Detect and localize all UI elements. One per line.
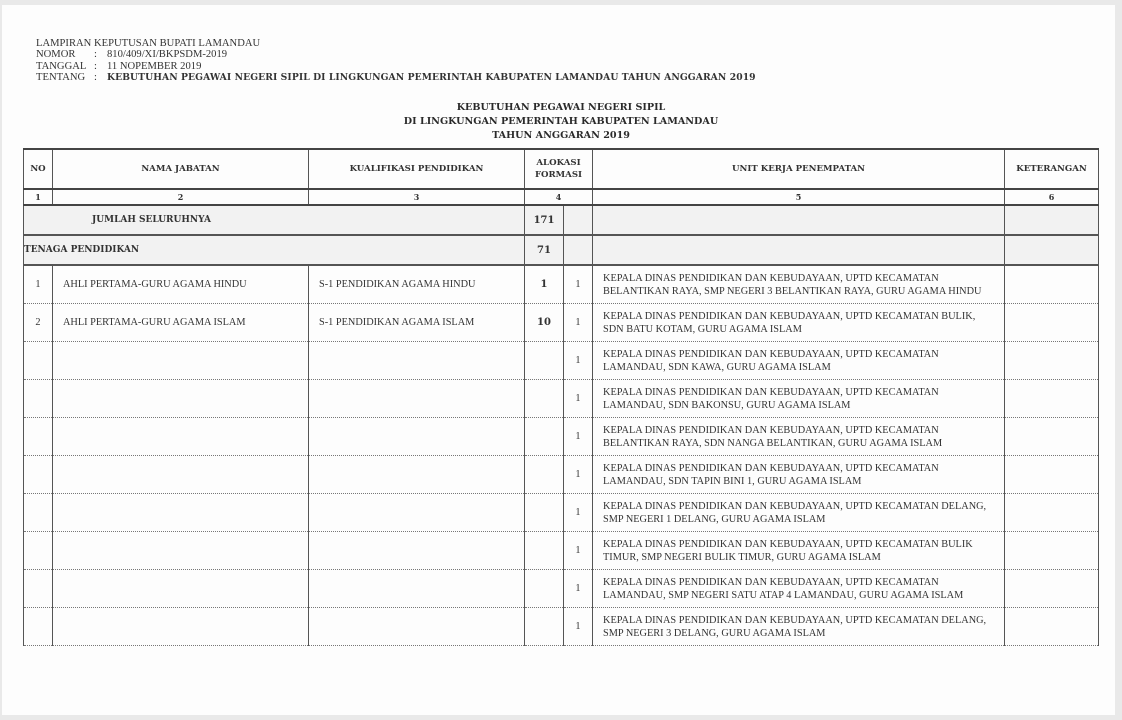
meta-nomor: NOMOR : 810/409/XI/BKPSDM-2019	[36, 49, 756, 60]
row-jabatan	[53, 608, 309, 646]
row-kualifikasi	[309, 456, 525, 494]
header-keterangan: KETERANGAN	[1005, 149, 1099, 189]
table-row: 1KEPALA DINAS PENDIDIKAN DAN KEBUDAYAAN,…	[24, 532, 1099, 570]
row-alokasi	[525, 456, 564, 494]
row-keterangan	[1005, 418, 1099, 456]
row-unit-kerja: KEPALA DINAS PENDIDIKAN DAN KEBUDAYAAN, …	[593, 418, 1005, 456]
row-kualifikasi	[309, 342, 525, 380]
row-kualifikasi: S-1 PENDIDIKAN AGAMA HINDU	[309, 265, 525, 304]
row-kualifikasi	[309, 608, 525, 646]
row-no	[24, 532, 53, 570]
meta-tentang-value: KEBUTUHAN PEGAWAI NEGERI SIPIL DI LINGKU…	[107, 72, 756, 83]
group-value: 71	[525, 235, 564, 265]
row-jabatan	[53, 418, 309, 456]
row-jumlah: 1	[564, 265, 593, 304]
row-keterangan	[1005, 304, 1099, 342]
row-unit-kerja: KEPALA DINAS PENDIDIKAN DAN KEBUDAYAAN, …	[593, 570, 1005, 608]
row-no	[24, 456, 53, 494]
row-kualifikasi	[309, 570, 525, 608]
row-no	[24, 342, 53, 380]
row-jabatan: AHLI PERTAMA-GURU AGAMA ISLAM	[53, 304, 309, 342]
row-keterangan	[1005, 494, 1099, 532]
meta-nomor-value: 810/409/XI/BKPSDM-2019	[107, 49, 227, 60]
group-row: TENAGA PENDIDIKAN 71	[24, 235, 1099, 265]
row-no: 2	[24, 304, 53, 342]
header-alokasi-formasi: ALOKASI FORMASI	[525, 149, 593, 189]
row-jabatan	[53, 380, 309, 418]
formasi-table: NO NAMA JABATAN KUALIFIKASI PENDIDIKAN A…	[23, 148, 1099, 646]
row-keterangan	[1005, 265, 1099, 304]
row-jumlah: 1	[564, 304, 593, 342]
row-jumlah: 1	[564, 494, 593, 532]
row-alokasi	[525, 494, 564, 532]
table-row: 1AHLI PERTAMA-GURU AGAMA HINDUS-1 PENDID…	[24, 265, 1099, 304]
row-unit-kerja: KEPALA DINAS PENDIDIKAN DAN KEBUDAYAAN, …	[593, 608, 1005, 646]
row-unit-kerja: KEPALA DINAS PENDIDIKAN DAN KEBUDAYAAN, …	[593, 494, 1005, 532]
row-jabatan	[53, 570, 309, 608]
row-alokasi: 10	[525, 304, 564, 342]
table-row: 1KEPALA DINAS PENDIDIKAN DAN KEBUDAYAAN,…	[24, 380, 1099, 418]
row-keterangan	[1005, 342, 1099, 380]
meta-tentang: TENTANG : KEBUTUHAN PEGAWAI NEGERI SIPIL…	[36, 72, 756, 83]
row-keterangan	[1005, 608, 1099, 646]
row-unit-kerja: KEPALA DINAS PENDIDIKAN DAN KEBUDAYAAN, …	[593, 380, 1005, 418]
row-keterangan	[1005, 532, 1099, 570]
row-keterangan	[1005, 380, 1099, 418]
row-no	[24, 494, 53, 532]
row-alokasi	[525, 380, 564, 418]
document-title: KEBUTUHAN PEGAWAI NEGERI SIPIL DI LINGKU…	[0, 101, 1122, 143]
header-kualifikasi: KUALIFIKASI PENDIDIKAN	[309, 149, 525, 189]
row-jabatan	[53, 532, 309, 570]
row-jumlah: 1	[564, 456, 593, 494]
header-unit-kerja: UNIT KERJA PENEMPATAN	[593, 149, 1005, 189]
column-number-row: 1 2 3 4 5 6	[24, 189, 1099, 205]
row-unit-kerja: KEPALA DINAS PENDIDIKAN DAN KEBUDAYAAN, …	[593, 265, 1005, 304]
row-keterangan	[1005, 570, 1099, 608]
table-row: 1KEPALA DINAS PENDIDIKAN DAN KEBUDAYAAN,…	[24, 608, 1099, 646]
jumlah-label: JUMLAH SELURUHNYA	[24, 205, 525, 235]
row-jabatan: AHLI PERTAMA-GURU AGAMA HINDU	[53, 265, 309, 304]
row-kualifikasi: S-1 PENDIDIKAN AGAMA ISLAM	[309, 304, 525, 342]
table-row: 1KEPALA DINAS PENDIDIKAN DAN KEBUDAYAAN,…	[24, 494, 1099, 532]
document-meta: LAMPIRAN KEPUTUSAN BUPATI LAMANDAU NOMOR…	[36, 38, 756, 84]
table-row: 1KEPALA DINAS PENDIDIKAN DAN KEBUDAYAAN,…	[24, 570, 1099, 608]
row-keterangan	[1005, 456, 1099, 494]
row-alokasi: 1	[525, 265, 564, 304]
row-alokasi	[525, 418, 564, 456]
header-no: NO	[24, 149, 53, 189]
group-label: TENAGA PENDIDIKAN	[24, 235, 525, 265]
table-row: 1KEPALA DINAS PENDIDIKAN DAN KEBUDAYAAN,…	[24, 418, 1099, 456]
row-kualifikasi	[309, 494, 525, 532]
row-kualifikasi	[309, 532, 525, 570]
row-no: 1	[24, 265, 53, 304]
row-jabatan	[53, 494, 309, 532]
row-kualifikasi	[309, 418, 525, 456]
row-jumlah: 1	[564, 380, 593, 418]
row-alokasi	[525, 608, 564, 646]
row-unit-kerja: KEPALA DINAS PENDIDIKAN DAN KEBUDAYAAN, …	[593, 304, 1005, 342]
row-alokasi	[525, 342, 564, 380]
row-jumlah: 1	[564, 532, 593, 570]
row-no	[24, 570, 53, 608]
meta-heading: LAMPIRAN KEPUTUSAN BUPATI LAMANDAU	[36, 38, 756, 49]
row-jabatan	[53, 456, 309, 494]
meta-tanggal: TANGGAL : 11 NOPEMBER 2019	[36, 61, 756, 72]
table-row: 1KEPALA DINAS PENDIDIKAN DAN KEBUDAYAAN,…	[24, 342, 1099, 380]
row-jumlah: 1	[564, 570, 593, 608]
row-unit-kerja: KEPALA DINAS PENDIDIKAN DAN KEBUDAYAAN, …	[593, 456, 1005, 494]
row-no	[24, 380, 53, 418]
row-jabatan	[53, 342, 309, 380]
row-kualifikasi	[309, 380, 525, 418]
jumlah-row: JUMLAH SELURUHNYA 171	[24, 205, 1099, 235]
table-row: 1KEPALA DINAS PENDIDIKAN DAN KEBUDAYAAN,…	[24, 456, 1099, 494]
row-alokasi	[525, 570, 564, 608]
jumlah-value: 171	[525, 205, 564, 235]
row-alokasi	[525, 532, 564, 570]
row-unit-kerja: KEPALA DINAS PENDIDIKAN DAN KEBUDAYAAN, …	[593, 342, 1005, 380]
row-no	[24, 418, 53, 456]
row-jumlah: 1	[564, 418, 593, 456]
row-no	[24, 608, 53, 646]
row-unit-kerja: KEPALA DINAS PENDIDIKAN DAN KEBUDAYAAN, …	[593, 532, 1005, 570]
header-nama-jabatan: NAMA JABATAN	[53, 149, 309, 189]
table-row: 2AHLI PERTAMA-GURU AGAMA ISLAMS-1 PENDID…	[24, 304, 1099, 342]
row-jumlah: 1	[564, 342, 593, 380]
table-header-row: NO NAMA JABATAN KUALIFIKASI PENDIDIKAN A…	[24, 149, 1099, 189]
meta-tanggal-value: 11 NOPEMBER 2019	[107, 61, 201, 72]
row-jumlah: 1	[564, 608, 593, 646]
